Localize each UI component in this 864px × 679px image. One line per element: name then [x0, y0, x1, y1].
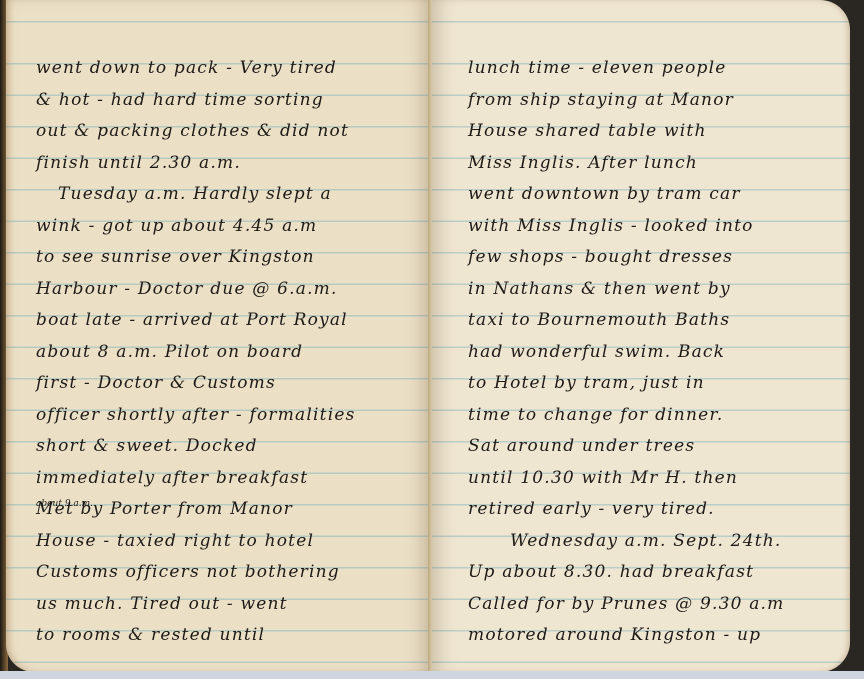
text-line: Sat around under trees: [432, 431, 850, 463]
open-notebook: went down to pack - Very tired & hot - h…: [0, 0, 864, 679]
text-line: Miss Inglis. After lunch: [432, 148, 850, 180]
left-page-text: went down to pack - Very tired & hot - h…: [6, 62, 428, 661]
background-strip: [0, 671, 864, 679]
text-line: short & sweet. Docked: [6, 431, 428, 463]
text-line: Called for by Prunes @ 9.30 a.m: [432, 589, 850, 621]
right-page: lunch time - eleven people from ship sta…: [432, 0, 850, 672]
text-line: to see sunrise over Kingston: [6, 242, 428, 274]
right-page-text: lunch time - eleven people from ship sta…: [432, 62, 850, 661]
text-line: out & packing clothes & did not: [6, 116, 428, 148]
text-line: boat late - arrived at Port Royal: [6, 305, 428, 337]
text-line: finish until 2.30 a.m.: [6, 148, 428, 180]
date-heading: Wednesday a.m. Sept. 24th.: [432, 526, 850, 558]
text-line: & hot - had hard time sorting: [6, 85, 428, 117]
text-line: taxi to Bournemouth Baths: [432, 305, 850, 337]
text-line: officer shortly after - formalities: [6, 400, 428, 432]
text-line: House shared table with: [432, 116, 850, 148]
text-line: wink - got up about 4.45 a.m: [6, 211, 428, 243]
text-line: few shops - bought dresses: [432, 242, 850, 274]
left-page: went down to pack - Very tired & hot - h…: [6, 0, 428, 672]
text-line: Up about 8.30. had breakfast: [432, 557, 850, 589]
text-line: to rooms & rested until: [6, 620, 428, 652]
text-line: immediately after breakfast: [6, 463, 428, 495]
text-line: Harbour - Doctor due @ 6.a.m.: [6, 274, 428, 306]
text-line: motored around Kingston - up: [432, 620, 850, 652]
text-line: went down to pack - Very tired: [6, 53, 428, 85]
text-line: time to change for dinner.: [432, 400, 850, 432]
text-line: to Hotel by tram, just in: [432, 368, 850, 400]
text-line: about 8 a.m. Pilot on board: [6, 337, 428, 369]
text-line: until 10.30 with Mr H. then: [432, 463, 850, 495]
margin-annotation: about 9 a.m.: [36, 499, 93, 509]
text-line: House - taxied right to hotel: [6, 526, 428, 558]
text-line: went downtown by tram car: [432, 179, 850, 211]
text-line: first - Doctor & Customs: [6, 368, 428, 400]
text-line: Customs officers not bothering: [6, 557, 428, 589]
text-line: lunch time - eleven people: [432, 53, 850, 85]
text-line: Tuesday a.m. Hardly slept a: [6, 179, 428, 211]
text-line: with Miss Inglis - looked into: [432, 211, 850, 243]
text-line: from ship staying at Manor: [432, 85, 850, 117]
text-line: had wonderful swim. Back: [432, 337, 850, 369]
text-line: in Nathans & then went by: [432, 274, 850, 306]
text-line: retired early - very tired.: [432, 494, 850, 526]
text-line: us much. Tired out - went: [6, 589, 428, 621]
